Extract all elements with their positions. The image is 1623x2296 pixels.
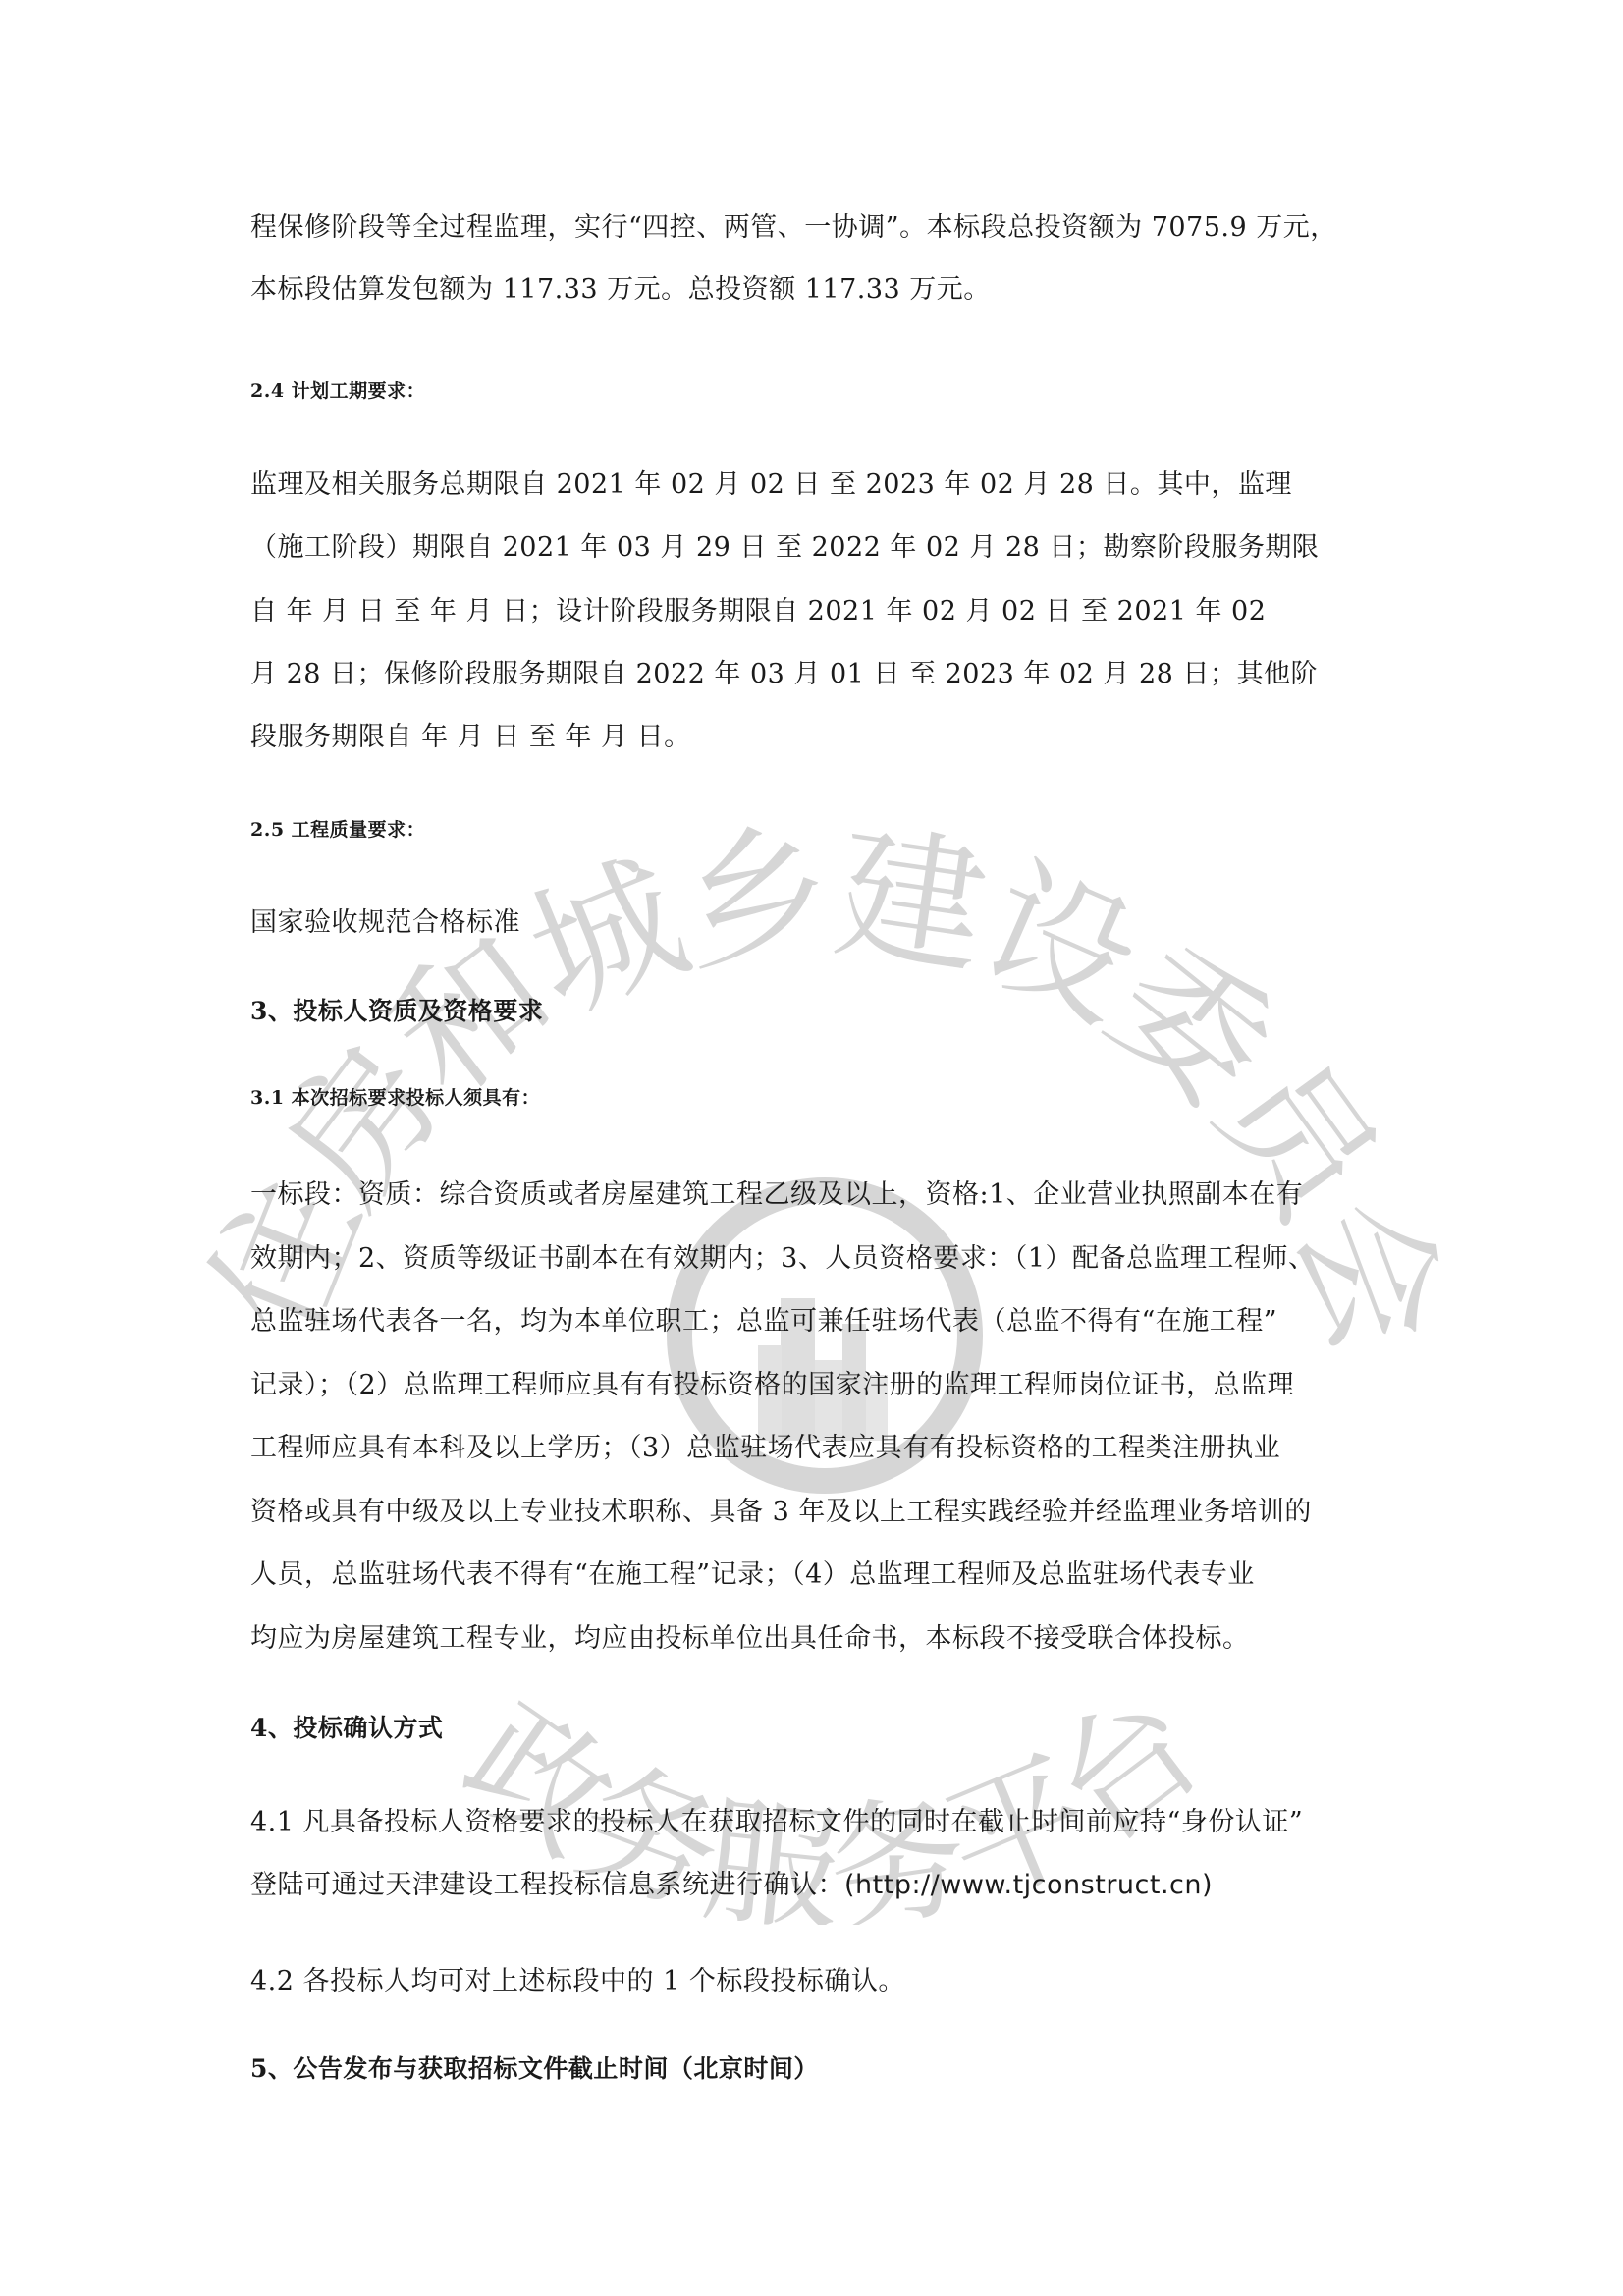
section-heading-5: 5、公告发布与获取招标文件截止时间（北京时间） [250, 2050, 819, 2085]
paragraph-line: 工程师应具有本科及以上学历；（3）总监驻场代表应具有有投标资格的工程类注册执业 [250, 1426, 1280, 1464]
paragraph-line: 月 28 日；保修阶段服务期限自 2022 年 03 月 01 日 至 2023… [250, 652, 1318, 690]
section-heading-3-1: 3.1 本次招标要求投标人须具有： [250, 1083, 540, 1110]
paragraph-line: 记录）；（2）总监理工程师应具有有投标资格的国家注册的监理工程师岗位证书，总监理 [250, 1363, 1294, 1401]
paragraph-line: 总监驻场代表各一名，均为本单位职工；总监可兼任驻场代表（总监不得有“在施工程” [250, 1299, 1277, 1338]
paragraph-line: 4.2 各投标人均可对上述标段中的 1 个标段投标确认。 [250, 1959, 905, 1997]
paragraph-line: 一标段：资质：综合资质或者房屋建筑工程乙级及以上，资格:1、企业营业执照副本在有 [250, 1173, 1303, 1211]
section-heading-4: 4、投标确认方式 [250, 1709, 443, 1744]
section-heading-2-4: 2.4 计划工期要求： [250, 376, 425, 403]
paragraph-line: 资格或具有中级及以上专业技术职称、具备 3 年及以上工程实践经验并经监理业务培训… [250, 1490, 1312, 1528]
paragraph-line: 国家验收规范合格标准 [250, 901, 520, 939]
paragraph-line: 程保修阶段等全过程监理，实行“四控、两管、一协调”。本标段总投资额为 7075.… [250, 205, 1337, 244]
section-heading-2-5: 2.5 工程质量要求： [250, 815, 425, 842]
paragraph-line: 自 年 月 日 至 年 月 日；设计阶段服务期限自 2021 年 02 月 02… [250, 589, 1266, 628]
section-heading-3: 3、投标人资质及资格要求 [250, 992, 543, 1027]
paragraph-line: 本标段估算发包额为 117.33 万元。总投资额 117.33 万元。 [250, 267, 991, 305]
paragraph-line: 监理及相关服务总期限自 2021 年 02 月 02 日 至 2023 年 02… [250, 463, 1292, 501]
system-url-link[interactable]: (http://www.tjconstruct.cn) [844, 1870, 1213, 1900]
paragraph-line: 人员，总监驻场代表不得有“在施工程”记录；（4）总监理工程师及总监驻场代表专业 [250, 1553, 1255, 1591]
paragraph-line: 登陆可通过天津建设工程投标信息系统进行确认：(http://www.tjcons… [250, 1863, 1213, 1901]
paragraph-line: 4.1 凡具备投标人资格要求的投标人在获取招标文件的同时在截止时间前应持“身份认… [250, 1800, 1303, 1838]
paragraph-line: 效期内；2、资质等级证书副本在有效期内；3、人员资格要求：（1）配备总监理工程师… [250, 1236, 1316, 1275]
paragraph-line: （施工阶段）期限自 2021 年 03 月 29 日 至 2022 年 02 月… [250, 525, 1319, 564]
paragraph-text: 登陆可通过天津建设工程投标信息系统进行确认： [250, 1870, 844, 1900]
paragraph-line: 段服务期限自 年 月 日 至 年 月 日。 [250, 715, 691, 753]
paragraph-line: 均应为房屋建筑工程专业，均应由投标单位出具任命书，本标段不接受联合体投标。 [250, 1616, 1250, 1655]
